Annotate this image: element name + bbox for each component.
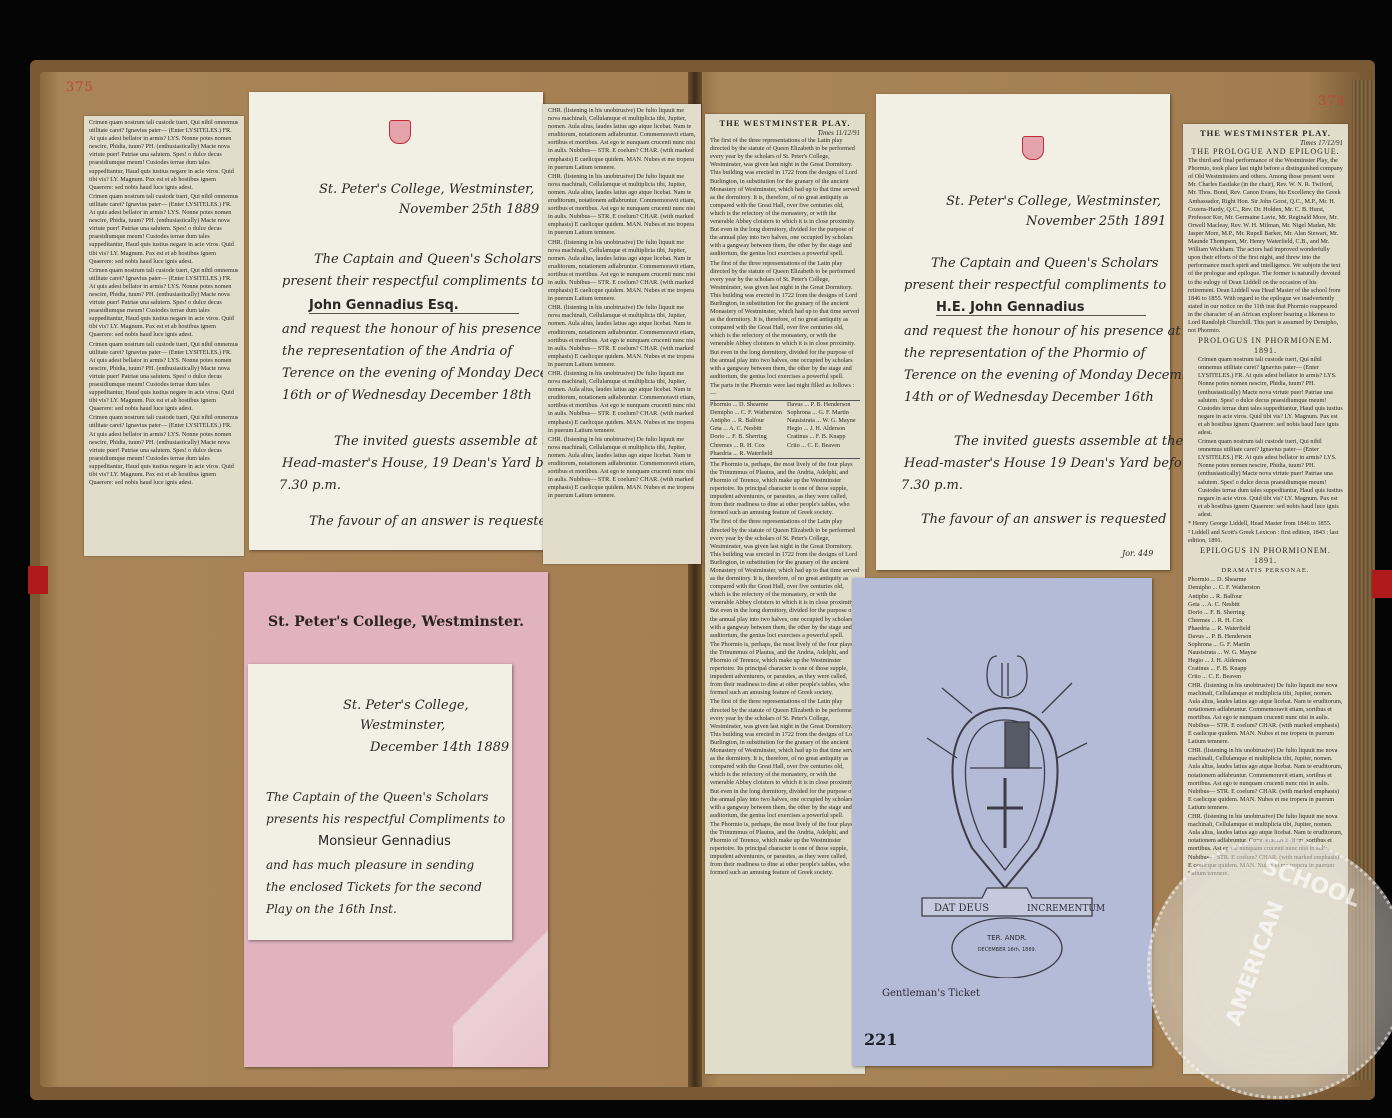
clipping-left-body-repeat: Crimen quam nostrum tali custode tueri, … (89, 193, 239, 266)
cast-row: Chremes ... R. H. Cox (710, 442, 783, 450)
cast-row: Hegio ... J. H. Alderson (1188, 657, 1343, 665)
motto-left: DAT DEUS (934, 903, 989, 914)
cast-row: Crito ... C. E. Beaven (787, 442, 860, 450)
invite-1891-date: November 25th 1891 (1026, 214, 1166, 229)
clipping-middle-left: CHR. (listening in his unobtrusive) De f… (543, 104, 701, 564)
note-heading-1: St. Peter's College, (343, 698, 469, 713)
invitation-card-1889: St. Peter's College, Westminster, Novemb… (249, 92, 543, 550)
cast-row: Cratinus ... F. B. Knapp (1188, 665, 1343, 673)
invite-1891-line-1: The Captain and Queen's Scholars (931, 256, 1158, 271)
invite-1891-line-3: and request the honour of his presence a… (904, 324, 1181, 339)
ticket-label: Gentleman's Ticket (882, 988, 980, 999)
note-heading-2: Westminster, (360, 718, 445, 733)
cast-row: Phaedria ... R. Waterfield (710, 450, 783, 458)
invite-1891-line-2: present their respectful compliments to (904, 278, 1166, 293)
prologue-year: 1891. (1188, 346, 1343, 356)
clipping-middle-left-body-5: CHR. (listening in his unobtrusive) De f… (548, 370, 696, 435)
cast-row: Crito ... C. E. Beaven (1188, 673, 1343, 681)
invite-line-7: The invited guests assemble at the (334, 434, 563, 449)
clipping-middle-left-body-4: CHR. (listening in his unobtrusive) De f… (548, 304, 696, 369)
motto-right: INCREMENTUM (1027, 904, 1105, 914)
clipping-left-body-repeat-2: Crimen quam nostrum tali custode tueri, … (89, 267, 239, 340)
invite-line-10: The favour of an answer is requested. (309, 514, 559, 529)
prologue-verse-2: Crimen quam nostrum tali custode tueri, … (1188, 438, 1343, 519)
invite-1891-line-9: 7.30 p.m. (901, 478, 963, 493)
note-line-4: the enclosed Tickets for the second (266, 880, 482, 894)
clipping-middle-left-body-2: CHR. (listening in his unobtrusive) De f… (548, 173, 696, 238)
school-crest-icon-2 (1022, 136, 1044, 160)
invite-line-4: the representation of the Andria of (282, 344, 512, 359)
clipping-right-body: The third and final performance of the W… (1188, 157, 1343, 335)
invite-heading: St. Peter's College, Westminster, (319, 182, 534, 197)
ticket-number: 221 (864, 1030, 897, 1049)
prologue-verse: Crimen quam nostrum tali custode tueri, … (1188, 356, 1343, 437)
invitation-card-1891: St. Peter's College, Westminster, Novemb… (876, 94, 1170, 570)
invite-line-5: Terence on the evening of Monday Decembe… (282, 366, 582, 381)
cast-row: Chremes ... R. H. Cox (1188, 617, 1343, 625)
gentlemans-ticket: DAT DEUS INCREMENTUM TER. ANDR. DECEMBER… (852, 578, 1152, 1066)
footnote-2: ² Liddell and Scott's Greek Lexicon : fi… (1188, 529, 1343, 545)
clipping-middle-body-3: The first of the three representations o… (710, 518, 860, 639)
cast-row: Phormio ... D. Shearme (1188, 576, 1343, 584)
clipping-westminster-play-review: THE WESTMINSTER PLAY. Times 11/12/91 The… (705, 114, 865, 1074)
cast-row: Geta ... A. C. Nesbitt (710, 425, 783, 433)
invite-line-8: Head-master's House, 19 Dean's Yard befo… (282, 456, 578, 471)
cast-row: Hegio ... J. H. Alderson (787, 425, 860, 433)
invite-1891-line-10: The favour of an answer is requested (921, 512, 1166, 527)
coat-of-arms-icon: DAT DEUS INCREMENTUM TER. ANDR. DECEMBER… (902, 648, 1112, 978)
cast-row: Demipho ... C. F. Watherston (710, 409, 783, 417)
cast-row: Nausistrata ... W. G. Mayne (787, 417, 860, 425)
cast-row: Phaedria ... R. Waterfield (1188, 625, 1343, 633)
clipping-left-body-repeat-3: Crimen quam nostrum tali custode tueri, … (89, 341, 239, 414)
clipping-right-subtitle: THE PROLOGUE AND EPILOGUE. (1188, 147, 1343, 157)
cast-row: Sophrona ... G. F. Martin (1188, 641, 1343, 649)
school-crest-icon (389, 120, 411, 144)
clipping-middle-body-6: The Phormio is, perhaps, the most lively… (710, 821, 860, 878)
note-date: December 14th 1889 (370, 740, 509, 755)
epilogue-cast-list: Phormio ... D. ShearmeDemipho ... C. F. … (1188, 576, 1343, 681)
epilogue-year: 1891. (1188, 556, 1343, 566)
right-page-number: 374 (1318, 94, 1346, 109)
invite-guest-name: John Gennadius Esq. (309, 298, 519, 314)
note-guest-name: Monsieur Gennadius (318, 834, 451, 849)
invite-line-1: The Captain and Queen's Scholars (314, 252, 541, 267)
clipping-right-date-note: Times 17/12/91 (1188, 139, 1343, 147)
note-line-1: The Captain of the Queen's Scholars (266, 790, 489, 804)
invite-1891-line-6: 14th or of Wednesday December 16th (904, 390, 1154, 405)
invite-line-2: present their respectful compliments to (282, 274, 544, 289)
left-page-number: 375 (66, 80, 94, 95)
clipping-middle-left-body: CHR. (listening in his unobtrusive) De f… (548, 107, 696, 172)
clipping-right-title: THE WESTMINSTER PLAY. (1188, 127, 1343, 139)
clipping-middle-body-cont: The first of the three representations o… (710, 260, 860, 381)
clipping-middle-body-2: The Phormio is, perhaps, the most lively… (710, 461, 860, 518)
cast-row: Dorio ... F. B. Sherring (710, 433, 783, 441)
epilogue-verse: CHR. (listening in his unobtrusive) De f… (1188, 682, 1343, 747)
ticket-date: DECEMBER 16th, 1889. (978, 947, 1037, 953)
invite-1891-line-8: Head-master's House 19 Dean's Yard befor… (904, 456, 1196, 471)
cast-row: Cratinus ... F. B. Knapp (787, 433, 860, 441)
cast-row: Sophrona ... G. F. Martin (787, 409, 860, 417)
cast-row: Demipho ... C. F. Watherston (1188, 584, 1343, 592)
invite-1891-line-5: Terence on the evening of Monday Decembe… (904, 368, 1204, 383)
footnote-1: * Henry George Liddell, Head Master from… (1188, 520, 1343, 528)
cast-row: Dorio ... F. B. Sherring (1188, 609, 1343, 617)
cast-row: Antipho ... R. Balfour (1188, 593, 1343, 601)
dramatis-personae-heading: DRAMATIS PERSONAE. (1188, 566, 1343, 576)
cast-row: Antipho ... R. Balfour (710, 417, 783, 425)
prologue-title: PROLOGUS IN PHORMIONEM. (1188, 336, 1343, 346)
cast-intro: The parts in the Phormio were last night… (710, 382, 860, 398)
pencil-catalog-note: Jor. 449 (1122, 549, 1153, 558)
ticket-play: TER. ANDR. (986, 934, 1027, 942)
library-watermark-stamp: AMERICAN SCHOOL (1147, 838, 1392, 1099)
invite-line-6: 16th or of Wednesday December 18th (282, 388, 532, 403)
clipping-middle-body-5: The first of the three representations o… (710, 698, 860, 819)
cast-row: Geta ... A. C. Nesbitt (1188, 601, 1343, 609)
note-line-5: Play on the 16th Inst. (266, 902, 397, 916)
invite-1891-heading: St. Peter's College, Westminster, (946, 194, 1161, 209)
clipping-middle-title: THE WESTMINSTER PLAY. (710, 117, 860, 129)
clipping-left-body: Crimen quam nostrum tali custode tueri, … (89, 119, 239, 192)
pink-printed-heading: St. Peter's College, Westminster. (244, 614, 548, 630)
clipping-middle-body-4: The Phormio is, perhaps, the most lively… (710, 641, 860, 698)
clipping-middle-date-note: Times 11/12/91 (710, 129, 860, 137)
clipping-middle-body: The first of the three representations o… (710, 137, 860, 258)
ribbon-marker-left (28, 566, 48, 594)
cast-row: Davus ... P. B. Henderson (1188, 633, 1343, 641)
clipping-left-epilogue: Crimen quam nostrum tali custode tueri, … (84, 116, 244, 556)
cast-row: Phormio ... D. Shearme (710, 401, 783, 409)
invite-line-3: and request the honour of his presence a… (282, 322, 559, 337)
note-line-3: and has much pleasure in sending (266, 858, 474, 872)
clipping-left-body-repeat-4: Crimen quam nostrum tali custode tueri, … (89, 414, 239, 487)
invite-1891-line-4: the representation of the Phormio of (904, 346, 1145, 361)
cast-list: Phormio ... D. ShearmeDemipho ... C. F. … (710, 400, 860, 459)
invite-date: November 25th 1889 (399, 202, 539, 217)
note-line-2: presents his respectful Compliments to (266, 812, 505, 826)
cast-row: Davus ... P. B. Henderson (787, 401, 860, 409)
epilogue-title: EPILOGUS IN PHORMIONEM. (1188, 546, 1343, 556)
clipping-middle-left-body-6: CHR. (listening in his unobtrusive) De f… (548, 436, 696, 501)
ribbon-marker-right (1372, 570, 1392, 598)
invite-1891-guest-name: H.E. John Gennadius (936, 300, 1146, 316)
epilogue-verse-2: CHR. (listening in his unobtrusive) De f… (1188, 747, 1343, 812)
handwritten-note-1889: St. Peter's College, Westminster, Decemb… (248, 664, 512, 940)
invite-line-9: 7.30 p.m. (279, 478, 341, 493)
cast-row: Nausistrata ... W. G. Mayne (1188, 649, 1343, 657)
invite-1891-line-7: The invited guests assemble at the (954, 434, 1183, 449)
clipping-middle-left-body-3: CHR. (listening in his unobtrusive) De f… (548, 239, 696, 304)
